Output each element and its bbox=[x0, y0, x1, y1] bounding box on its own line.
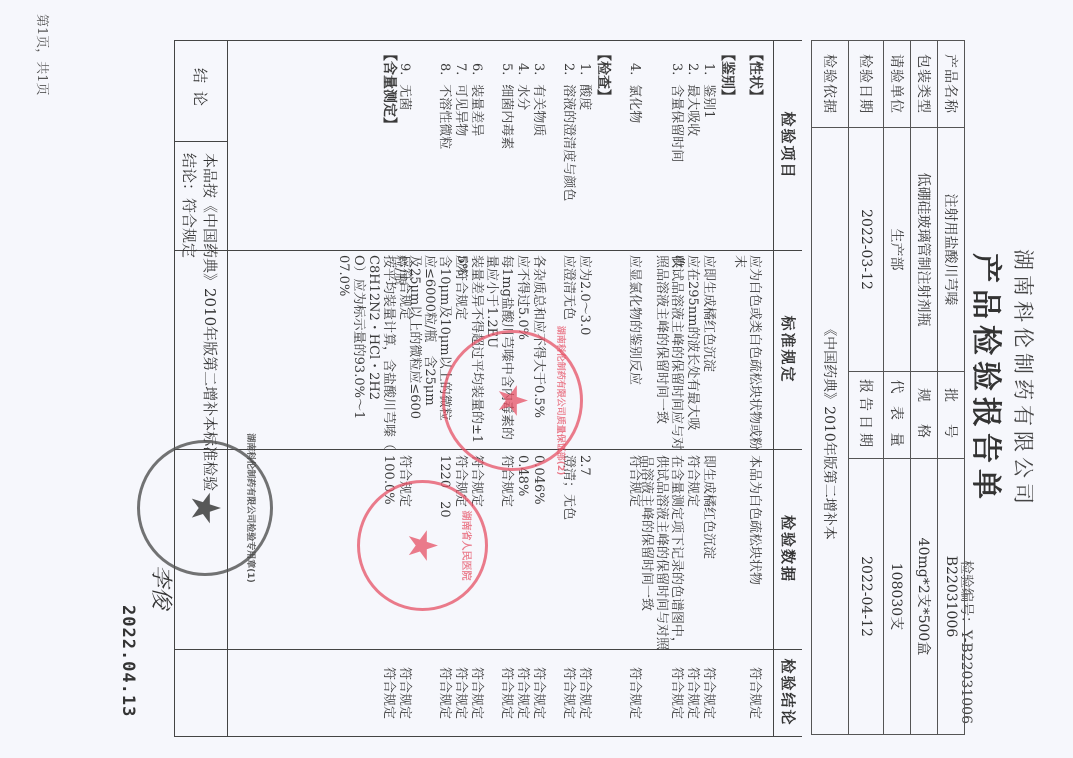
row-data: 即生成橘红色沉淀 bbox=[701, 455, 716, 559]
row-result: 符合规定 bbox=[685, 667, 700, 719]
row-standard: 07.0% bbox=[336, 255, 351, 296]
third-party-red-stamp: ★ 湖南省人民医院 bbox=[357, 480, 488, 611]
row-data: 符合规定 bbox=[627, 455, 642, 507]
row-data: 符合规定 bbox=[685, 455, 700, 507]
product-name-label: 产品名称 bbox=[938, 41, 965, 128]
batch-label: 批 号 bbox=[938, 372, 965, 459]
column-header-item: 检验项目 bbox=[773, 41, 802, 250]
column-header-standard: 标准规定 bbox=[773, 250, 802, 449]
row-result: 符合规定 bbox=[397, 667, 412, 719]
row-standard: 应为白色或类白色疏松块状物或粉 bbox=[747, 255, 762, 450]
row-item: 2．溶液的澄清度与颜色 bbox=[561, 63, 576, 201]
row-standard: 应不得过5.0% bbox=[515, 255, 530, 340]
conclusion-text-2: 结论：符合规定 bbox=[179, 153, 200, 258]
star-icon: ★ bbox=[490, 383, 536, 419]
row-result: 符合规定 bbox=[453, 667, 468, 719]
conclusion-row: 结论 本品按《中国药典》2010年版第二增补本标准检验 结论：符合规定 bbox=[175, 41, 228, 736]
info-row: 检验日期 2022-03-12 报告日期 2022-04-12 bbox=[849, 41, 884, 735]
row-result: 符合规定 bbox=[701, 667, 716, 719]
row-item: 8．不溶性微粒 bbox=[437, 63, 452, 149]
row-item: 7．可见异物 bbox=[453, 63, 468, 136]
conclusion-label: 结论 bbox=[175, 41, 227, 142]
qa-stamp-text: 湖南科伦制药有限公司质量保证部(2) bbox=[555, 326, 568, 476]
row-item: 【含量测定】 bbox=[381, 47, 396, 131]
basis-label: 检验依据 bbox=[812, 41, 849, 128]
package-value: 低硼硅玻璃管制注射剂瓶 bbox=[911, 128, 938, 372]
row-result: 符合规定 bbox=[669, 667, 684, 719]
report-date-label: 报告日期 bbox=[849, 372, 884, 459]
row-data: 在含量测定项下记录的色谱图中， bbox=[669, 455, 684, 650]
product-name-value: 注射用盐酸川芎嗪 bbox=[938, 128, 965, 372]
row-result: 符合规定 bbox=[499, 667, 514, 719]
spec-value: 40mg*2支*500盒 bbox=[911, 459, 938, 735]
row-result: 符合规定 bbox=[561, 667, 576, 719]
row-standard: 末 bbox=[732, 255, 747, 268]
row-item: 【性状】 bbox=[747, 47, 762, 103]
info-row: 包装类型 低硼硅玻璃管制注射剂瓶 规 格 40mg*2支*500盒 bbox=[911, 41, 938, 735]
inspector-signature: 李俊 bbox=[147, 565, 178, 609]
row-item: 1．鉴别1 bbox=[701, 63, 716, 119]
row-result: 符合规定 bbox=[577, 667, 592, 719]
qa-red-stamp: ★ 湖南科伦制药有限公司质量保证部(2) bbox=[442, 330, 583, 471]
inspection-stamp-text: 湖南科伦制药有限公司检验专用章(1) bbox=[245, 433, 258, 583]
row-standard: 应澄清无色 bbox=[561, 255, 576, 320]
row-standard: 按平均装量计算，含盐酸川芎嗪（ bbox=[381, 255, 396, 450]
row-data: 本品为白色疏松块状物 bbox=[747, 455, 762, 585]
page-number: 第1页，共1页 bbox=[34, 14, 53, 96]
row-standard: 照品溶液主峰的保留时间一致 bbox=[654, 255, 669, 424]
test-date-label: 检验日期 bbox=[849, 41, 884, 128]
row-item: 9．无菌 bbox=[397, 63, 412, 110]
package-label: 包装类型 bbox=[911, 41, 938, 128]
row-result: 符合规定 bbox=[469, 667, 484, 719]
inspection-report-document: 湖南科伦制药有限公司 产品检验报告单 检验编号：Y-B22031006 产品名称… bbox=[0, 0, 1073, 758]
row-item: 4．氯化物 bbox=[627, 63, 642, 123]
row-standard: 应符合规定 bbox=[397, 255, 412, 320]
row-item: 5．细菌内毒素 bbox=[499, 63, 514, 149]
row-data: 供试品溶液主峰的保留时间与对照 bbox=[654, 455, 669, 650]
info-row: 产品名称 注射用盐酸川芎嗪 批 号 B22031006 bbox=[938, 41, 965, 735]
row-item: 4．水分 bbox=[515, 63, 530, 110]
row-data: 2.7 bbox=[577, 455, 592, 476]
row-standard: 应≤6000粒/瓶 含25μm bbox=[422, 255, 437, 406]
report-date-value: 2022-04-12 bbox=[849, 459, 884, 735]
test-date-value: 2022-03-12 bbox=[849, 128, 884, 372]
requester-value: 生产部 bbox=[884, 128, 911, 372]
star-icon: ★ bbox=[182, 490, 228, 526]
info-table: 产品名称 注射用盐酸川芎嗪 批 号 B22031006 包装类型 低硼硅玻璃管制… bbox=[811, 40, 965, 735]
column-header-data: 检验数据 bbox=[773, 449, 802, 649]
row-result: 符合规定 bbox=[515, 667, 530, 719]
row-item: 6．装量差异 bbox=[469, 63, 484, 136]
third-stamp-text: 湖南省人民医院 bbox=[460, 511, 475, 581]
column-header-conclusion: 检验结论 bbox=[773, 649, 802, 736]
requester-label: 请验单位 bbox=[884, 41, 911, 128]
spec-label: 规 格 bbox=[911, 372, 938, 459]
sample-label: 代 表 量 bbox=[884, 372, 911, 459]
info-row: 检验依据 《中国药典》2010年版第二增补本 bbox=[812, 41, 849, 735]
row-standard: 应显氯化物的鉴别反应 bbox=[627, 255, 642, 385]
row-item: 1．酸度 bbox=[577, 63, 592, 110]
info-row: 请验单位 生产部 代 表 量 108030支 bbox=[884, 41, 911, 735]
row-standard: C8H12N2・HCl・2H2 bbox=[366, 255, 381, 400]
row-item: 【检查】 bbox=[595, 47, 610, 103]
row-item: 2．最大吸收 bbox=[685, 63, 700, 136]
basis-value: 《中国药典》2010年版第二增补本 bbox=[812, 128, 849, 735]
inspection-gray-stamp: ★ 湖南科伦制药有限公司检验专用章(1) bbox=[137, 440, 273, 576]
row-result: 符合规定 bbox=[437, 667, 452, 719]
row-standard: 应在295nm的波长处有最大吸 bbox=[685, 255, 700, 431]
row-result: 符合规定 bbox=[627, 667, 642, 719]
row-item: 【鉴别】 bbox=[719, 47, 734, 103]
row-result: 符合规定 bbox=[381, 667, 396, 719]
batch-value: B22031006 bbox=[938, 459, 965, 735]
row-standard: O）应为标示量的93.0%～1 bbox=[351, 255, 366, 419]
signature-date: 2022.04.13 bbox=[118, 605, 138, 717]
star-icon: ★ bbox=[400, 528, 446, 564]
row-result: 符合规定 bbox=[747, 667, 762, 719]
row-standard: 应符合规定 bbox=[453, 255, 468, 320]
row-standard: 应即生成橘红色沉淀 bbox=[701, 255, 716, 372]
row-item: 3．含量保留时间 bbox=[669, 63, 684, 162]
row-standard: 应为2.0～3.0 bbox=[577, 255, 592, 335]
row-item: 3．有关物质 bbox=[531, 63, 546, 136]
row-standard: 供试品溶液主峰的保留时间应与对 bbox=[669, 255, 684, 450]
sample-value: 108030支 bbox=[884, 459, 911, 735]
company-name: 湖南科伦制药有限公司 bbox=[1009, 0, 1039, 758]
row-result: 符合规定 bbox=[531, 667, 546, 719]
